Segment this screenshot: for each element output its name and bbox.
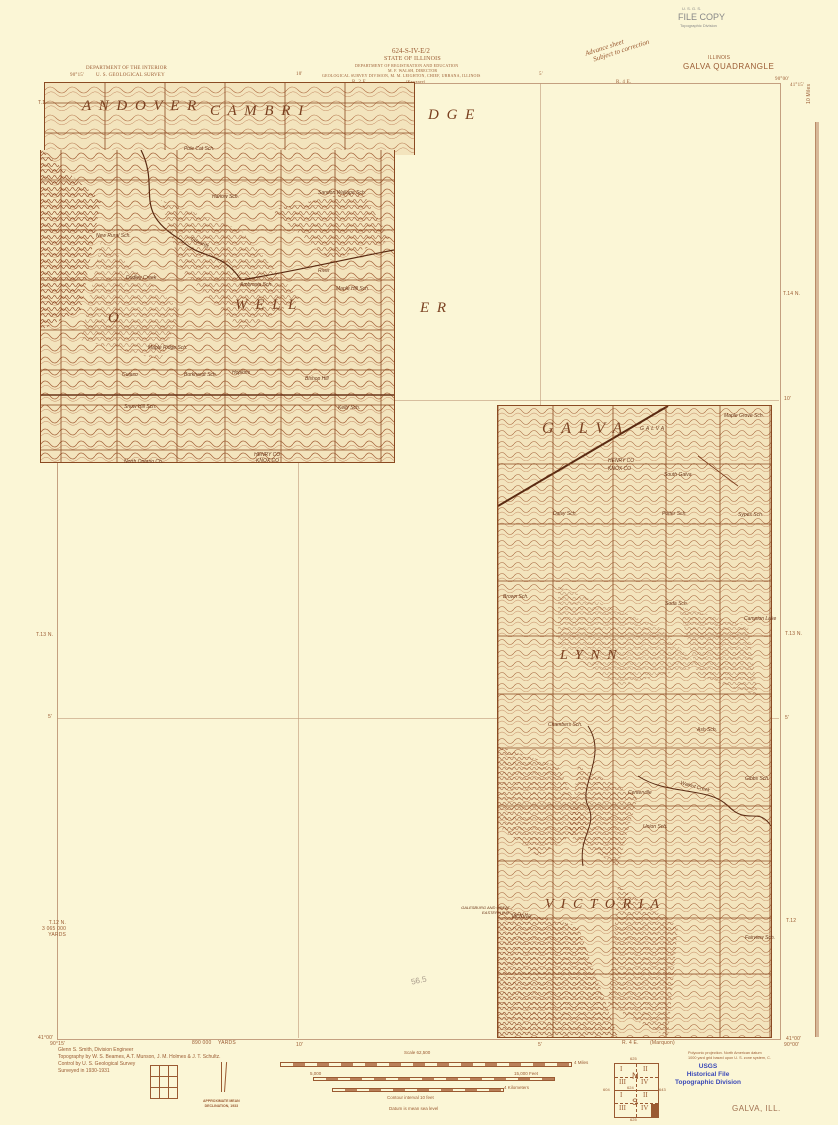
county-knox-se: KNOX CO [608,466,631,472]
location-grid-icon [150,1065,178,1099]
declination-label: APPROXIMATE MEAN DECLINATION, 1933 [203,1099,240,1109]
place-fairview-sch: Fairview Sch. [745,935,775,941]
place-maple-hill-sch: Maple Hill Sch. [336,286,369,292]
index-highlight-cell [651,1104,658,1117]
county-knox-nw: KNOX CO [256,458,279,464]
quadrangle-index-map: I II III IV N I II III IV S 624 [614,1063,659,1118]
km-scale-unit: 4 Kilometers [504,1085,529,1090]
township-lynn: L Y N N [560,648,619,664]
place-galva: GALVA [640,426,666,432]
bottom-yards-value: 890 000 [192,1040,211,1046]
place-maple-grove-sch: Maple Grove Sch. [724,413,764,419]
contour-map-se-icon [498,406,771,1037]
place-campion-lake: Campion Lake [744,616,776,622]
place-kelly-sch: Kelly Sch. [338,405,360,411]
township-cambridge-end: D G E [428,107,476,124]
index-cell-n4: IV [641,1078,648,1086]
grid-note-line: 1000 yard grid based upon U. S. zone sys… [688,1056,771,1061]
index-cell-n2: II [643,1065,648,1073]
header-department: DEPARTMENT OF THE INTERIOR [86,66,167,71]
declination-line-2: DECLINATION, 1933 [203,1104,240,1109]
place-dudley-creek: Dudley Creek [126,275,156,281]
railroad-label: GALESBURG AND GREAT EASTERN R.R. [460,905,510,915]
bottom-yards-label: YARDS [218,1040,236,1046]
place-soda-sch: Soda Sch. [665,601,688,607]
top-tick-5: 5' [539,72,543,77]
feet-scale-unit: 15,000 Feet [514,1071,538,1076]
index-left-label: 604 [603,1087,610,1092]
datum-note: Datum is mean sea level [389,1106,438,1111]
right-tick-5: 5' [785,715,789,721]
advance-sheet-note: Advance sheet Subject to correction [584,30,650,65]
place-new-rural-sch: New Rural Sch. [96,233,131,239]
division-line: GEOLOGICAL SURVEY DIVISION, M. M. LEIGHT… [322,73,481,78]
sheet-code: 624-S-IV-E/2 [392,47,430,55]
left-tick-5: 5' [48,714,52,720]
place-potter-sch: Potter Sch. [662,511,687,517]
credit-engineer: Glenn S. Smith, Division Engineer [58,1047,220,1054]
file-copy-stamp-top: U. S. G. S. [682,6,701,11]
place-cutaso: Cutaso [122,372,138,378]
map-block-se[interactable] [497,405,772,1038]
township-weller-end: E R [420,300,448,317]
usgs-historical-stamp: USGS Historical File Topographic Divisio… [673,1063,743,1087]
feet-tick-left: 5,000 [310,1071,321,1076]
header-survey: U. S. GEOLOGICAL SURVEY [96,73,165,78]
index-north-letter: N [632,1071,639,1081]
place-harlow-sch: Harlow Sch. [212,194,239,200]
index-bottom-label: 625 [630,1117,637,1122]
km-scale-bar [332,1088,504,1092]
stamp-topographic: Topographic Division [673,1079,743,1087]
credits-block: Glenn S. Smith, Division Engineer Topogr… [58,1047,220,1075]
miles-scale-bar [280,1062,572,1067]
top-tick-10: 10' [296,72,303,77]
bottom-range: R. 4 E. [622,1040,639,1046]
credit-surveyed: Surveyed in 1930-1931 [58,1068,220,1075]
bottom-right-lon: 90°00' [784,1042,799,1048]
place-polecat-sch: Pole Cat Sch. [184,146,215,152]
quadrangle-title: GALVA QUADRANGLE [683,62,774,71]
place-chambers-sch: Chambers Sch. [548,722,582,728]
place-sypes-sch: Sypes Sch. [738,512,763,518]
sheet-name: GALVA, ILL. [732,1104,781,1113]
stamp-historical: Historical File [673,1071,743,1079]
place-ambrosia-sch: Ambrosia Sch. [240,282,273,288]
place-maple-ridge-sch: Maple Ridge Sch. [148,345,187,351]
index-cell-n3: III [619,1078,626,1086]
township-cambridge: C A M B R I [210,103,305,120]
index-cell-s2: II [643,1091,648,1099]
bottom-tick-10: 10' [296,1042,303,1048]
header-state-right: ILLINOIS [708,55,730,61]
index-cell-s1: I [620,1091,622,1099]
place-centerville: Centerville [628,790,652,796]
index-cell-n1: I [620,1065,622,1073]
true-north-arrow-icon [221,1062,222,1092]
index-center: 624 [627,1085,634,1090]
index-right-label: 643 [659,1087,666,1092]
projection-note: Polyconic projection. North American dat… [688,1051,771,1061]
scale-ratio: Scale 62,500 [404,1050,430,1055]
file-copy-stamp: FILE COPY [678,12,725,22]
top-right-lat: 41°15' [790,83,804,88]
left-t13n: T.13 N. [36,632,53,638]
bottom-range-note: (Marquon) [650,1040,675,1046]
place-hopkins: Hopkins [232,370,250,376]
index-south-letter: S [632,1097,638,1107]
township-o: O [108,310,121,327]
place-river: River [318,268,330,274]
right-t12n: T.12 [786,918,796,924]
vertical-mile-scale [815,122,819,1037]
place-north-ontario-ch: North Ontario Ch. [124,459,163,465]
stamp-usgs: USGS [673,1063,743,1071]
miles-scale-unit: 4 Miles [574,1060,588,1065]
place-gibbs-sch: Gibbs Sch. [745,776,769,782]
township-weller: W E L L [235,297,298,314]
feet-scale-bar [313,1077,555,1081]
place-sandon-sch: Sandon Wallage Sch. [318,190,366,196]
place-union-sch: Union Sch. [643,824,667,830]
file-copy-stamp-sub: Topographic Division [680,23,717,28]
place-ash-sch: Ash Sch. [697,727,717,733]
header-left-coord: 90°15' [70,73,84,78]
credit-topography: Topography by W. S. Beames, A.T. Munson,… [58,1054,220,1061]
bottom-tick-5: 5' [538,1042,542,1048]
index-top-label: 625 [630,1056,637,1061]
credit-control: Control by U. S. Geological Survey [58,1061,220,1068]
left-yards-block: T.12 N. 3 065 000 YARDS [42,920,66,938]
township-andover: A N D O V E R [82,98,198,115]
place-bishop-hill: Bishop Hill [305,376,329,382]
state-title: STATE OF ILLINOIS [384,56,441,62]
top-right-lon: 90°00' [775,77,789,82]
township-victoria: V I C T O R I A [545,897,661,913]
magnetic-north-arrow-icon [224,1062,227,1092]
index-cell-s3: III [619,1104,626,1112]
township-galva: G A L V A [542,420,624,438]
place-victoria: Victoria [511,914,531,920]
contour-interval: Contour interval 10 feet [387,1095,434,1100]
right-tick-10: 10' [784,396,791,402]
index-cell-s4: IV [641,1104,648,1112]
place-daisy-sch: Daisy Sch. [553,511,577,517]
county-henry-se: HENRY CO [608,458,634,464]
left-yards-label: YARDS [42,932,66,938]
place-south-galva: South Galva [664,472,692,478]
place-brown-sch: Brown Sch. [503,594,529,600]
vertical-scale-label: 10 Miles [806,84,812,104]
right-t13n: T.13 N. [785,631,802,637]
right-t14n: T.14 N. [783,291,800,297]
place-snow-hill-sch: Snow Hill Sch. [124,404,156,410]
place-burkhardt-sch: Burkhardt Sch. [184,372,217,378]
